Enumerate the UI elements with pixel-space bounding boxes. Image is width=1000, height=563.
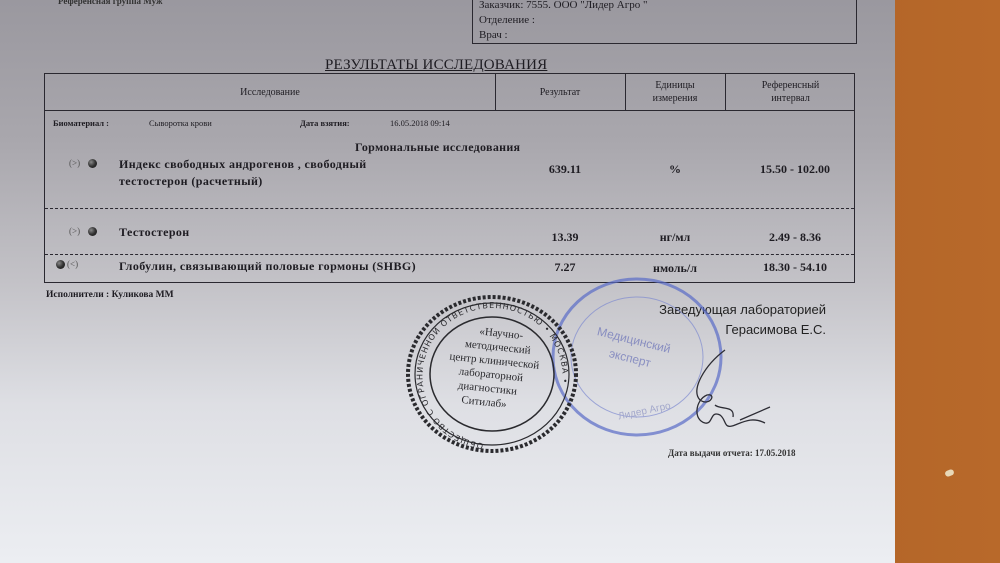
units-value: нг/мл	[625, 230, 725, 245]
flag-indicator: (>)	[69, 226, 80, 236]
reference-group: Референсная группа Муж	[58, 0, 163, 6]
sample-date-label: Дата взятия:	[300, 118, 350, 128]
test-name: Индекс свободных андрогенов , свободный …	[119, 156, 367, 190]
executors: Исполнители : Куликова ММ	[46, 290, 174, 300]
column-study: Исследование	[45, 74, 496, 110]
test-name-line1: Глобулин, связывающий половые гормоны (S…	[119, 258, 416, 275]
units-line2: измерения	[653, 93, 698, 104]
test-name-line1: Тестостерон	[119, 224, 190, 241]
test-name: Глобулин, связывающий половые гормоны (S…	[119, 258, 416, 275]
table-row: (>) Тестостерон 13.39 нг/мл 2.49 - 8.36	[45, 224, 854, 246]
reference-range: 15.50 - 102.00	[735, 162, 855, 177]
issue-date: Дата выдачи отчета: 17.05.2018	[668, 448, 795, 458]
sample-date-value: 16.05.2018 09:14	[390, 118, 450, 128]
reference-line1: Референсный	[762, 80, 820, 91]
test-name-line2: тестостерон (расчетный)	[119, 173, 367, 190]
reference-range: 2.49 - 8.36	[735, 230, 855, 245]
black-stamp: ОБЩЕСТВО С ОГРАНИЧЕННОЙ ОТВЕТСТВЕННОСТЬЮ…	[405, 294, 580, 454]
client-info-box: Заказчик: 7555. ООО "Лидер Агро " Отделе…	[472, 0, 857, 44]
desk-crumb	[944, 469, 955, 478]
department: Отделение :	[479, 13, 850, 28]
doctor: Врач :	[479, 28, 850, 43]
flag-indicator: (<)	[67, 259, 78, 269]
row-divider	[45, 208, 854, 209]
status-ball-icon	[56, 260, 65, 269]
reference-range: 18.30 - 54.10	[735, 260, 855, 275]
flag-indicator: (>)	[69, 158, 80, 168]
biomaterial-value: Сыворотка крови	[149, 118, 212, 128]
section-title: Гормональные исследования	[355, 140, 520, 155]
units-line1: Единицы	[655, 80, 694, 91]
column-result: Результат	[495, 74, 626, 110]
results-title: РЕЗУЛЬТАТЫ ИССЛЕДОВАНИЯ	[325, 57, 547, 74]
result-value: 639.11	[525, 162, 605, 177]
results-table: Исследование Результат Единицыизмерения …	[44, 73, 855, 283]
table-header: Исследование Результат Единицыизмерения …	[45, 74, 854, 111]
biomaterial-label: Биоматериал :	[53, 118, 109, 128]
client-name: Заказчик: 7555. ООО "Лидер Агро "	[479, 0, 850, 13]
test-name: Тестостерон	[119, 224, 190, 241]
status-ball-icon	[88, 159, 97, 168]
row-divider	[45, 254, 854, 255]
lab-report-page: Референсная группа Муж Заказчик: 7555. О…	[0, 0, 895, 563]
black-stamp-line6: Ситилаб»	[461, 394, 507, 411]
result-value: 13.39	[525, 230, 605, 245]
column-units: Единицыизмерения	[625, 74, 726, 110]
signature	[665, 345, 785, 445]
status-ball-icon	[88, 227, 97, 236]
table-row: (<) Глобулин, связывающий половые гормон…	[45, 258, 854, 280]
column-reference: Референсныйинтервал	[725, 74, 856, 110]
blue-stamp-ring: Лидер Агро	[617, 401, 672, 423]
test-name-line1: Индекс свободных андрогенов , свободный	[119, 156, 367, 173]
table-row: (>) Индекс свободных андрогенов , свобод…	[45, 156, 854, 208]
units-value: %	[625, 162, 725, 177]
reference-line2: интервал	[771, 93, 810, 104]
